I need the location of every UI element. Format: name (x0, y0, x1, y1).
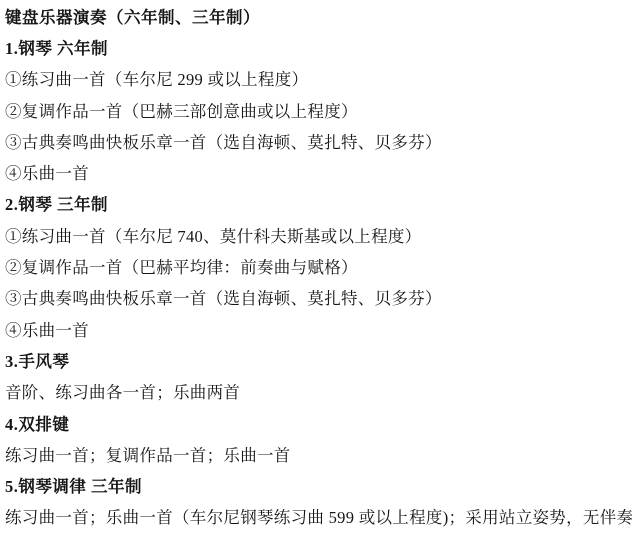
section-heading: 2.钢琴 三年制 (5, 188, 630, 219)
text-line: ②复调作品一首（巴赫平均律：前奏曲与赋格） (5, 250, 630, 281)
text-line: 音阶、练习曲各一首；乐曲两首 (5, 376, 630, 407)
section-heading: 1.钢琴 六年制 (5, 31, 630, 62)
section-heading: 3.手风琴 (5, 344, 630, 375)
section-heading: 键盘乐器演奏（六年制、三年制） (5, 0, 630, 31)
text-line: ④乐曲一首 (5, 156, 630, 187)
section-heading: 4.双排键 (5, 407, 630, 438)
text-line: ①练习曲一首（车尔尼 299 或以上程度） (5, 63, 630, 94)
document-page: 键盘乐器演奏（六年制、三年制）1.钢琴 六年制①练习曲一首（车尔尼 299 或以… (0, 0, 632, 533)
text-line: ③古典奏鸣曲快板乐章一首（选自海顿、莫扎特、贝多芬） (5, 125, 630, 156)
text-line: ④乐曲一首 (5, 313, 630, 344)
text-line: ①练习曲一首（车尔尼 740、莫什科夫斯基或以上程度） (5, 219, 630, 250)
text-line: ③古典奏鸣曲快板乐章一首（选自海顿、莫扎特、贝多芬） (5, 282, 630, 313)
document-text-block: 键盘乐器演奏（六年制、三年制）1.钢琴 六年制①练习曲一首（车尔尼 299 或以… (5, 0, 630, 532)
section-heading: 5.钢琴调律 三年制 (5, 469, 630, 500)
text-line: ②复调作品一首（巴赫三部创意曲或以上程度） (5, 94, 630, 125)
text-line: 练习曲一首；乐曲一首（车尔尼钢琴练习曲 599 或以上程度)；采用站立姿势，无伴… (5, 501, 630, 532)
text-line: 练习曲一首；复调作品一首；乐曲一首 (5, 438, 630, 469)
